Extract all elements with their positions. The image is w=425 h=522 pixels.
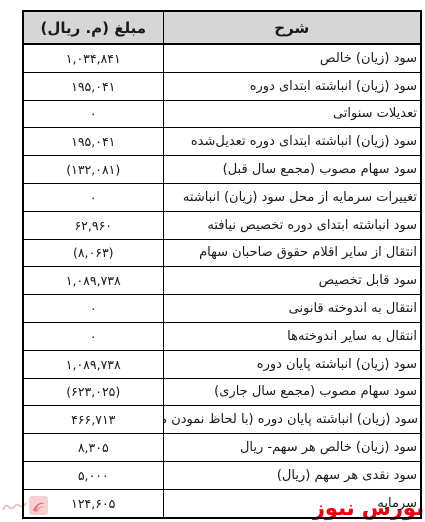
row-label: سود قابل تخصیص: [163, 267, 421, 295]
table-header-amount: مبلغ (م. ریال): [23, 11, 163, 44]
table-row: سود (زیان) انباشته پایان دوره (با لحاظ ن…: [23, 406, 421, 434]
row-amount: ۸,۳۰۵: [23, 434, 163, 462]
row-label: سود نقدی هر سهم (ریال): [163, 461, 421, 489]
row-label: سود سهام مصوب (مجمع سال جاری): [163, 378, 421, 406]
table-row: سود قابل تخصیص۱,۰۸۹,۷۳۸: [23, 267, 421, 295]
row-amount: (۱۳۲,۰۸۱): [23, 156, 163, 184]
row-label: سود (زیان) انباشته پایان دوره (با لحاظ ن…: [163, 406, 421, 434]
row-label: انتقال به اندوخته قانونی: [163, 295, 421, 323]
table-header-description: شرح: [163, 11, 421, 44]
table-row: سود (زیان) خالص هر سهم- ریال۸,۳۰۵: [23, 434, 421, 462]
row-amount: (۸,۰۶۳): [23, 239, 163, 267]
row-label: انتقال از سایر اقلام حقوق صاحبان سهام: [163, 239, 421, 267]
row-label: سود انباشته ابتدای دوره تخصیص نیافته: [163, 211, 421, 239]
row-label: انتقال به سایر اندوخته‌ها: [163, 322, 421, 350]
table-row: انتقال به اندوخته قانونی۰: [23, 295, 421, 323]
table-row: سود نقدی هر سهم (ریال)۵,۰۰۰: [23, 461, 421, 489]
table-row: سود انباشته ابتدای دوره تخصیص نیافته۶۲,۹…: [23, 211, 421, 239]
row-label: سود سهام مصوب (مجمع سال قبل): [163, 156, 421, 184]
row-amount: ۰: [23, 100, 163, 128]
table-row: انتقال از سایر اقلام حقوق صاحبان سهام(۸,…: [23, 239, 421, 267]
row-amount: ۰: [23, 183, 163, 211]
row-label: سود (زیان) خالص هر سهم- ریال: [163, 434, 421, 462]
table-row: سود (زیان) انباشته ابتدای دوره۱۹۵,۰۴۱: [23, 72, 421, 100]
table-row: سود سهام مصوب (مجمع سال جاری)(۶۲۳,۰۲۵): [23, 378, 421, 406]
row-amount: ۱۹۵,۰۴۱: [23, 128, 163, 156]
table-row: تغییرات سرمایه از محل سود (زیان) انباشته…: [23, 183, 421, 211]
row-amount: ۰: [23, 322, 163, 350]
profit-allocation-table: شرح مبلغ (م. ریال) سود (زیان) خالص۱,۰۳۴,…: [22, 10, 422, 519]
table-row: انتقال به سایر اندوخته‌ها۰: [23, 322, 421, 350]
row-amount: (۶۲۳,۰۲۵): [23, 378, 163, 406]
row-label: سود (زیان) انباشته ابتدای دوره: [163, 72, 421, 100]
financial-table: شرح مبلغ (م. ریال) سود (زیان) خالص۱,۰۳۴,…: [22, 10, 422, 519]
table-row: سود (زیان) انباشته پایان دوره۱,۰۸۹,۷۳۸: [23, 350, 421, 378]
row-amount: ۰: [23, 295, 163, 323]
row-label: سود (زیان) انباشته پایان دوره: [163, 350, 421, 378]
table-row: تعدیلات سنواتی۰: [23, 100, 421, 128]
bourse-news-watermark: بورس نیوز: [313, 496, 424, 520]
table-header-row: شرح مبلغ (م. ریال): [23, 11, 421, 44]
row-label: تغییرات سرمایه از محل سود (زیان) انباشته: [163, 183, 421, 211]
table-row: سود سهام مصوب (مجمع سال قبل)(۱۳۲,۰۸۱): [23, 156, 421, 184]
row-amount: ۱۹۵,۰۴۱: [23, 72, 163, 100]
row-label: تعدیلات سنواتی: [163, 100, 421, 128]
row-amount: ۵,۰۰۰: [23, 461, 163, 489]
table-row: سود (زیان) خالص۱,۰۳۴,۸۴۱: [23, 44, 421, 72]
row-label: سود (زیان) خالص: [163, 44, 421, 72]
row-label: سود (زیان) انباشته ابتدای دوره تعدیل‌شده: [163, 128, 421, 156]
row-amount: ۴۶۶,۷۱۳: [23, 406, 163, 434]
table-row: سود (زیان) انباشته ابتدای دوره تعدیل‌شده…: [23, 128, 421, 156]
row-amount: ۱,۰۸۹,۷۳۸: [23, 267, 163, 295]
row-amount: ۱,۰۸۹,۷۳۸: [23, 350, 163, 378]
news-agency-logo-stamp: [1, 493, 49, 519]
row-amount: ۶۲,۹۶۰: [23, 211, 163, 239]
row-amount: ۱,۰۳۴,۸۴۱: [23, 44, 163, 72]
